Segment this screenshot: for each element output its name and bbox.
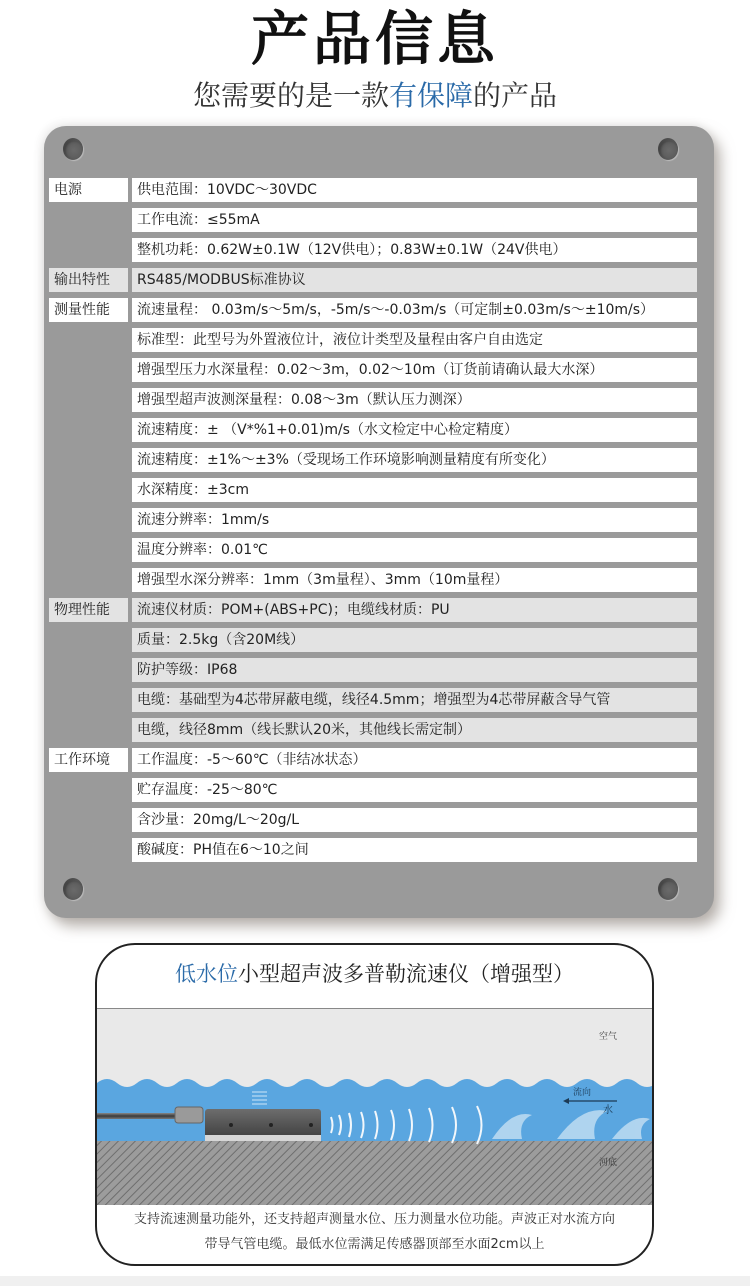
diagram-card: 低水位小型超声波多普勒流速仪（增强型）: [95, 943, 654, 1266]
spec-value: 工作电流：≤55mA: [132, 208, 697, 232]
spec-row: 流速精度：±1%～±3%（受现场工作环境影响测量精度有所变化）: [44, 448, 714, 472]
spec-value: 整机功耗：0.62W±0.1W（12V供电）；0.83W±0.1W（24V供电）: [132, 238, 697, 262]
spec-value: 流速精度：±1%～±3%（受现场工作环境影响测量精度有所变化）: [132, 448, 697, 472]
spec-row: 电缆：基础型为4芯带屏蔽电缆，线径4.5mm；增强型为4芯带屏蔽含导气管: [44, 688, 714, 712]
spec-panel: 电源供电范围：10VDC～30VDC工作电流：≤55mA整机功耗：0.62W±0…: [44, 126, 714, 918]
spec-value: 流速量程： 0.03m/s～5m/s，-5m/s～-0.03m/s（可定制±0.…: [132, 298, 697, 322]
screw-icon: [658, 138, 678, 160]
spec-value: 贮存温度：-25～80℃: [132, 778, 697, 802]
label-flow-direction: 流向: [573, 1085, 591, 1098]
spec-row: 工作电流：≤55mA: [44, 208, 714, 232]
spec-row: 增强型水深分辨率：1mm（3m量程）、3mm（10m量程）: [44, 568, 714, 592]
spec-row: 电缆，线径8mm（线长默认20米，其他线长需定制）: [44, 718, 714, 742]
spec-row: 物理性能流速仪材质：POM+(ABS+PC)；电缆线材质：PU: [44, 598, 714, 622]
spec-row: 电源供电范围：10VDC～30VDC: [44, 178, 714, 202]
spec-row: 温度分辨率：0.01℃: [44, 538, 714, 562]
spec-row: 流速精度：± （V*%1+0.01)m/s（水文检定中心检定精度）: [44, 418, 714, 442]
spec-value: 流速精度：± （V*%1+0.01)m/s（水文检定中心检定精度）: [132, 418, 697, 442]
spec-value: 工作温度：-5～60℃（非结冰状态）: [132, 748, 697, 772]
spec-row: 质量：2.5kg（含20M线）: [44, 628, 714, 652]
diagram-title-rest: 小型超声波多普勒流速仪（增强型）: [238, 962, 574, 986]
spec-value: 防护等级：IP68: [132, 658, 697, 682]
spec-row: 输出特性RS485/MODBUS标准协议: [44, 268, 714, 292]
spec-row: 测量性能流速量程： 0.03m/s～5m/s，-5m/s～-0.03m/s（可定…: [44, 298, 714, 322]
spec-value: 电缆：基础型为4芯带屏蔽电缆，线径4.5mm；增强型为4芯带屏蔽含导气管: [132, 688, 697, 712]
spec-value: 电缆，线径8mm（线长默认20米，其他线长需定制）: [132, 718, 697, 742]
subtitle-highlight: 有保障: [389, 79, 473, 112]
footer-strip: [0, 1276, 750, 1286]
spec-category: 电源: [49, 178, 128, 202]
caption-line-2: 带导气管电缆。最低水位需满足传感器顶部至水面2cm以上: [97, 1232, 652, 1257]
flow-diagram: 空气 流向 水 河底: [97, 1008, 652, 1204]
label-water: 水: [603, 1101, 613, 1116]
spec-value: 水深精度：±3cm: [132, 478, 697, 502]
subtitle-pre: 您需要的是一款: [193, 79, 389, 112]
spec-row: 水深精度：±3cm: [44, 478, 714, 502]
flow-diagram-illustration: [97, 1009, 652, 1205]
spec-value: 增强型超声波测深量程：0.08～3m（默认压力测深）: [132, 388, 697, 412]
label-riverbed: 河底: [599, 1155, 617, 1168]
spec-row: 标准型：此型号为外置液位计，液位计类型及量程由客户自由选定: [44, 328, 714, 352]
spec-row: 增强型超声波测深量程：0.08～3m（默认压力测深）: [44, 388, 714, 412]
spec-value: 温度分辨率：0.01℃: [132, 538, 697, 562]
spec-value: 供电范围：10VDC～30VDC: [132, 178, 697, 202]
spec-category: 物理性能: [49, 598, 128, 622]
diagram-title: 低水位小型超声波多普勒流速仪（增强型）: [97, 959, 652, 989]
spec-value: 酸碱度：PH值在6～10之间: [132, 838, 697, 862]
spec-value: 增强型水深分辨率：1mm（3m量程）、3mm（10m量程）: [132, 568, 697, 592]
spec-value: RS485/MODBUS标准协议: [132, 268, 697, 292]
spec-row: 增强型压力水深量程：0.02～3m，0.02～10m（订货前请确认最大水深）: [44, 358, 714, 382]
spec-category: 输出特性: [49, 268, 128, 292]
spec-row: 防护等级：IP68: [44, 658, 714, 682]
caption-line-1: 支持流速测量功能外，还支持超声测量水位、压力测量水位功能。声波正对水流方向: [97, 1207, 652, 1232]
spec-row: 贮存温度：-25～80℃: [44, 778, 714, 802]
page-subtitle: 您需要的是一款有保障的产品: [0, 78, 750, 114]
spec-category: 测量性能: [49, 298, 128, 322]
spec-row: 含沙量：20mg/L～20g/L: [44, 808, 714, 832]
spec-value: 增强型压力水深量程：0.02～3m，0.02～10m（订货前请确认最大水深）: [132, 358, 697, 382]
diagram-caption: 支持流速测量功能外，还支持超声测量水位、压力测量水位功能。声波正对水流方向 带导…: [97, 1207, 652, 1257]
spec-value: 流速仪材质：POM+(ABS+PC)；电缆线材质：PU: [132, 598, 697, 622]
screw-icon: [658, 878, 678, 900]
spec-value: 标准型：此型号为外置液位计，液位计类型及量程由客户自由选定: [132, 328, 697, 352]
screw-icon: [63, 138, 83, 160]
spec-row: 工作环境工作温度：-5～60℃（非结冰状态）: [44, 748, 714, 772]
screw-icon: [63, 878, 83, 900]
spec-value: 流速分辨率：1mm/s: [132, 508, 697, 532]
label-air: 空气: [599, 1029, 617, 1042]
spec-row: 流速分辨率：1mm/s: [44, 508, 714, 532]
spec-row: 酸碱度：PH值在6～10之间: [44, 838, 714, 862]
diagram-title-highlight: 低水位: [175, 962, 238, 986]
subtitle-post: 的产品: [473, 79, 557, 112]
spec-category: 工作环境: [49, 748, 128, 772]
page-title: 产品信息: [0, 6, 750, 72]
spec-value: 质量：2.5kg（含20M线）: [132, 628, 697, 652]
spec-row: 整机功耗：0.62W±0.1W（12V供电）；0.83W±0.1W（24V供电）: [44, 238, 714, 262]
spec-value: 含沙量：20mg/L～20g/L: [132, 808, 697, 832]
